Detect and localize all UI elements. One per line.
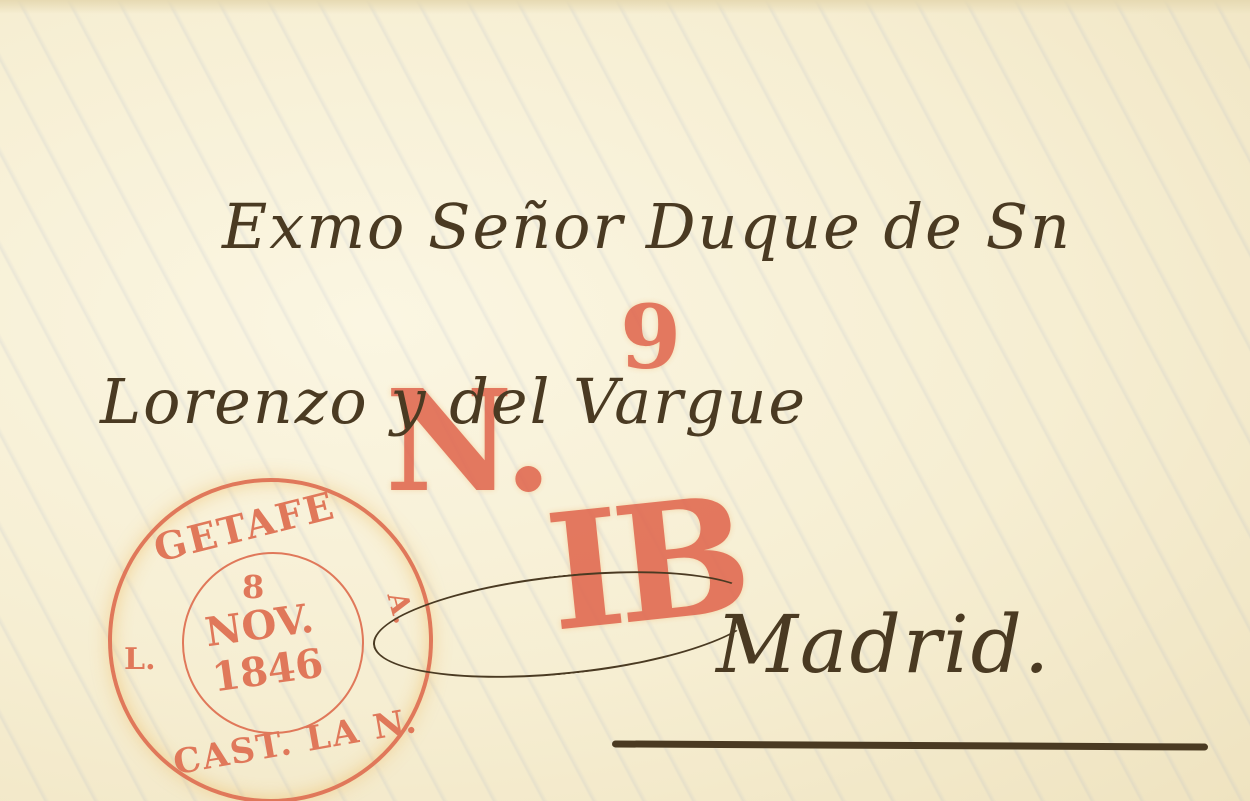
city-underline xyxy=(612,740,1208,750)
address-line-2: Lorenzo y del Vargue xyxy=(100,365,807,438)
paper-edge xyxy=(0,0,1250,14)
postmark-left: L. xyxy=(124,642,156,677)
address-city: Madrid. xyxy=(716,598,1051,691)
postmark-day: 8 xyxy=(242,568,264,606)
address-line-1: Exmo Señor Duque de Sn xyxy=(222,190,1072,263)
postal-cover: 9 N. IB GETAFE L. A. 8 NOV. 1846 CAST. L… xyxy=(0,0,1250,801)
